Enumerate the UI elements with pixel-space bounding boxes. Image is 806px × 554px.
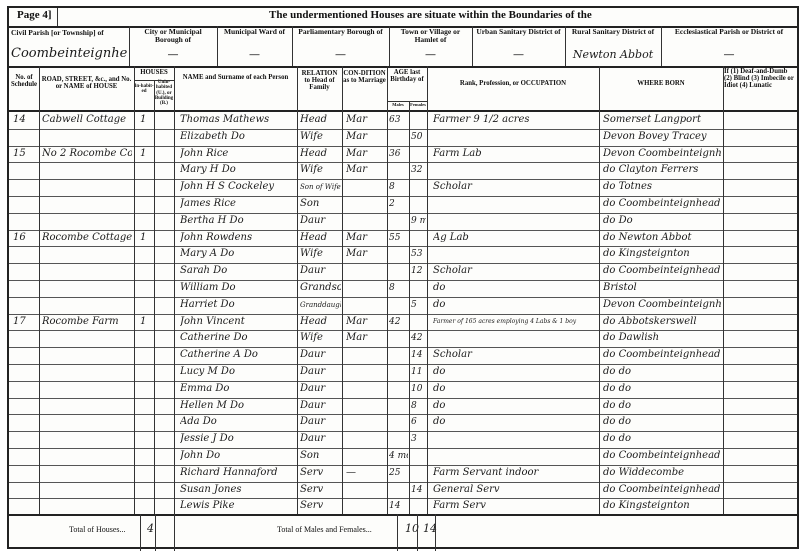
person-name: Sarah Do: [180, 263, 295, 280]
birthplace: do Widdecombe: [603, 465, 721, 482]
schedule-number: [13, 465, 37, 482]
birthplace: do Coombeinteignhead: [603, 263, 721, 280]
birthplace: do Coombeinteignhead: [603, 482, 721, 499]
person-name: Elizabeth Do: [180, 129, 295, 146]
relation: Head: [300, 314, 341, 331]
census-row: James RiceSon2do Coombeinteignhead: [9, 196, 797, 213]
occupation: Farmer 9 1/2 acres: [433, 112, 597, 129]
marital-condition: [346, 482, 386, 499]
inhabited-count: [140, 129, 154, 146]
schedule-number: [13, 263, 37, 280]
marital-condition: [346, 431, 386, 448]
schedule-number: [13, 162, 37, 179]
census-row: William DoGrandson8doBristol: [9, 280, 797, 297]
birthplace: do do: [603, 431, 721, 448]
marital-condition: Mar: [346, 330, 386, 347]
birthplace: do Totnes: [603, 179, 721, 196]
census-row: 17Rocombe Farm1John VincentHeadMar42Farm…: [9, 314, 797, 331]
house-name: [42, 246, 132, 263]
inhabited-count: 1: [140, 314, 154, 331]
male-age: 55: [389, 230, 408, 247]
birthplace: do Newton Abbot: [603, 230, 721, 247]
census-row: Ada DoDaur6dodo do: [9, 414, 797, 431]
boundary-value: —: [474, 48, 563, 61]
person-name: Thomas Mathews: [180, 112, 295, 129]
inhabited-count: [140, 347, 154, 364]
column-header-houses: HOUSES: [134, 69, 174, 76]
birthplace: do Dawlish: [603, 330, 721, 347]
marital-condition: Mar: [346, 162, 386, 179]
column-header-condition: CON-DITION as to Marriage: [343, 70, 386, 84]
schedule-number: 15: [13, 146, 37, 163]
occupation: [433, 129, 597, 146]
female-age: 5: [411, 297, 426, 314]
boundary-label: Civil Parish [or Township] of: [11, 29, 127, 37]
person-name: Catherine Do: [180, 330, 295, 347]
male-age: [389, 364, 408, 381]
inhabited-count: [140, 414, 154, 431]
occupation: [433, 431, 597, 448]
occupation: do: [433, 398, 597, 415]
male-age: 8: [389, 280, 408, 297]
marital-condition: [346, 448, 386, 465]
inhabited-count: [140, 330, 154, 347]
person-name: Lucy M Do: [180, 364, 295, 381]
occupation: Scholar: [433, 347, 597, 364]
schedule-number: [13, 498, 37, 515]
relation: Head: [300, 146, 341, 163]
marital-condition: [346, 196, 386, 213]
birthplace: do Abbotskerswell: [603, 314, 721, 331]
marital-condition: [346, 364, 386, 381]
marital-condition: Mar: [346, 314, 386, 331]
boundary-value: —: [219, 48, 290, 61]
person-name: John Rowdens: [180, 230, 295, 247]
relation: Serv: [300, 498, 341, 515]
female-age: [411, 448, 426, 465]
census-row: Mary A DoWifeMar53do Kingsteignton: [9, 246, 797, 263]
relation: Son: [300, 196, 341, 213]
birthplace: Bristol: [603, 280, 721, 297]
census-row: Richard HannafordServ—25Farm Servant ind…: [9, 465, 797, 482]
census-row: John DoSon4 modo Coombeinteignhead: [9, 448, 797, 465]
house-name: [42, 482, 132, 499]
female-age: 10: [411, 381, 426, 398]
birthplace: do Kingsteignton: [603, 246, 721, 263]
boundary-label: Rural Sanitary District of: [567, 28, 659, 36]
female-age: [411, 230, 426, 247]
male-age: [389, 398, 408, 415]
birthplace: Devon Bovey Tracey: [603, 129, 721, 146]
schedule-number: 17: [13, 314, 37, 331]
female-age: 32: [411, 162, 426, 179]
page-number: Page 4]: [17, 10, 52, 22]
relation: Son of Wife: [300, 179, 341, 196]
relation: Daur: [300, 263, 341, 280]
inhabited-count: [140, 179, 154, 196]
occupation: General Serv: [433, 482, 597, 499]
schedule-number: [13, 431, 37, 448]
male-age: [389, 381, 408, 398]
birthplace: do do: [603, 414, 721, 431]
census-row: 15No 2 Rocombe Cottage1John RiceHeadMar3…: [9, 146, 797, 163]
house-name: No 2 Rocombe Cottage: [42, 146, 132, 163]
relation: Wife: [300, 162, 341, 179]
female-age: 53: [411, 246, 426, 263]
schedule-number: [13, 414, 37, 431]
male-age: 4 mo: [389, 448, 408, 465]
inhabited-count: [140, 381, 154, 398]
birthplace: do do: [603, 381, 721, 398]
male-age: [389, 330, 408, 347]
relation: Daur: [300, 347, 341, 364]
birthplace: do Kingsteignton: [603, 498, 721, 515]
census-row: Sarah DoDaur12Scholardo Coombeinteignhea…: [9, 263, 797, 280]
marital-condition: Mar: [346, 129, 386, 146]
birthplace: do Do: [603, 213, 721, 230]
marital-condition: Mar: [346, 230, 386, 247]
boundary-label: Municipal Ward of: [219, 28, 290, 36]
relation: Wife: [300, 129, 341, 146]
male-age: 14: [389, 498, 408, 515]
relation: Granddaughter: [300, 297, 341, 314]
female-age: 12: [411, 263, 426, 280]
relation: Daur: [300, 431, 341, 448]
male-age: [389, 263, 408, 280]
inhabited-count: [140, 448, 154, 465]
birthplace: do do: [603, 398, 721, 415]
male-age: 36: [389, 146, 408, 163]
person-name: James Rice: [180, 196, 295, 213]
male-age: 2: [389, 196, 408, 213]
female-age: [411, 179, 426, 196]
marital-condition: Mar: [346, 246, 386, 263]
inhabited-count: 1: [140, 146, 154, 163]
house-name: Cabwell Cottage: [42, 112, 132, 129]
inhabited-count: [140, 196, 154, 213]
column-header-males: Males: [387, 103, 409, 108]
column-header-age: AGE last Birthday of: [387, 69, 427, 83]
relation: Head: [300, 230, 341, 247]
schedule-number: [13, 213, 37, 230]
person-name: Lewis Pike: [180, 498, 295, 515]
occupation: Farmer of 165 acres employing 4 Labs & 1…: [433, 314, 597, 331]
boundary-label: Urban Sanitary District of: [474, 28, 563, 36]
schedule-number: [13, 179, 37, 196]
inhabited-count: [140, 465, 154, 482]
inhabited-count: [140, 213, 154, 230]
inhabited-count: [140, 482, 154, 499]
total-houses-label: Total of Houses...: [69, 526, 126, 534]
occupation: Farm Servant indoor: [433, 465, 597, 482]
boundary-value: —: [294, 48, 387, 61]
occupation: do: [433, 297, 597, 314]
schedule-number: 16: [13, 230, 37, 247]
inhabited-count: 1: [140, 230, 154, 247]
male-age: 63: [389, 112, 408, 129]
occupation: Ag Lab: [433, 230, 597, 247]
person-name: John H S Cockeley: [180, 179, 295, 196]
marital-condition: [346, 381, 386, 398]
person-name: Jessie J Do: [180, 431, 295, 448]
boundary-value: Coombeinteignhead: [11, 46, 127, 61]
house-name: [42, 179, 132, 196]
marital-condition: [346, 398, 386, 415]
census-row: Bertha H DoDaur9 modo Do: [9, 213, 797, 230]
house-name: [42, 280, 132, 297]
census-page: Page 4] The undermentioned Houses are si…: [7, 6, 799, 549]
house-name: [42, 414, 132, 431]
house-name: [42, 381, 132, 398]
occupation: [433, 330, 597, 347]
house-name: [42, 330, 132, 347]
column-header-address: ROAD, STREET, &c., and No. or NAME of HO…: [40, 76, 133, 90]
schedule-number: [13, 196, 37, 213]
census-row: Catherine DoWifeMar42do Dawlish: [9, 330, 797, 347]
male-age: [389, 162, 408, 179]
census-row: Lewis PikeServ14Farm Servdo Kingsteignto…: [9, 498, 797, 515]
relation: Head: [300, 112, 341, 129]
marital-condition: Mar: [346, 146, 386, 163]
column-header-schedule: No. of Schedule: [10, 74, 38, 88]
census-row: Catherine A DoDaur14Scholardo Coombeinte…: [9, 347, 797, 364]
relation: Serv: [300, 465, 341, 482]
person-name: John Rice: [180, 146, 295, 163]
census-row: 16Rocombe Cottage1John RowdensHeadMar55A…: [9, 230, 797, 247]
schedule-number: 14: [13, 112, 37, 129]
occupation: do: [433, 381, 597, 398]
female-age: [411, 465, 426, 482]
birthplace: do do: [603, 364, 721, 381]
occupation: do: [433, 364, 597, 381]
male-age: 42: [389, 314, 408, 331]
birthplace: Somerset Langport: [603, 112, 721, 129]
person-name: Susan Jones: [180, 482, 295, 499]
schedule-number: [13, 246, 37, 263]
marital-condition: —: [346, 465, 386, 482]
male-age: 25: [389, 465, 408, 482]
house-name: [42, 213, 132, 230]
schedule-number: [13, 347, 37, 364]
occupation: do: [433, 280, 597, 297]
birthplace: do Coombeinteignhead: [603, 196, 721, 213]
census-row: Lucy M DoDaur11dodo do: [9, 364, 797, 381]
male-age: 8: [389, 179, 408, 196]
female-age: 50: [411, 129, 426, 146]
occupation: Scholar: [433, 263, 597, 280]
column-header-name: NAME and Surname of each Person: [175, 74, 296, 81]
female-age: [411, 146, 426, 163]
schedule-number: [13, 448, 37, 465]
marital-condition: [346, 263, 386, 280]
person-name: Richard Hannaford: [180, 465, 295, 482]
house-name: [42, 364, 132, 381]
relation: Daur: [300, 213, 341, 230]
marital-condition: [346, 347, 386, 364]
male-age: [389, 213, 408, 230]
house-name: [42, 129, 132, 146]
relation: Daur: [300, 381, 341, 398]
total-houses-value: 4: [147, 522, 154, 535]
person-name: Ada Do: [180, 414, 295, 431]
boundary-label: Parliamentary Borough of: [294, 28, 387, 36]
marital-condition: [346, 280, 386, 297]
inhabited-count: [140, 431, 154, 448]
female-age: [411, 112, 426, 129]
column-header-born: WHERE BORN: [600, 80, 722, 87]
person-name: John Do: [180, 448, 295, 465]
census-row: John H S CockeleySon of Wife8Scholardo T…: [9, 179, 797, 196]
schedule-number: [13, 381, 37, 398]
column-header-occupation: Rank, Profession, or OCCUPATION: [428, 80, 598, 87]
schedule-number: [13, 280, 37, 297]
census-row: Susan JonesServ14General Servdo Coombein…: [9, 482, 797, 499]
census-row: Jessie J DoDaur3do do: [9, 431, 797, 448]
female-age: [411, 498, 426, 515]
inhabited-count: [140, 364, 154, 381]
inhabited-count: [140, 398, 154, 415]
column-header-uninhabited: Unin-habited (U.), or Building (B.): [154, 80, 174, 106]
boundary-value: —: [131, 48, 215, 61]
schedule-number: [13, 129, 37, 146]
female-age: 6: [411, 414, 426, 431]
occupation: Scholar: [433, 179, 597, 196]
inhabited-count: 1: [140, 112, 154, 129]
relation: Wife: [300, 246, 341, 263]
census-row: Hellen M DoDaur8dodo do: [9, 398, 797, 415]
relation: Daur: [300, 414, 341, 431]
relation: Wife: [300, 330, 341, 347]
inhabited-count: [140, 498, 154, 515]
occupation: [433, 448, 597, 465]
house-name: [42, 263, 132, 280]
female-age: 3: [411, 431, 426, 448]
birthplace: Devon Coombeinteignhead: [603, 146, 721, 163]
house-name: Rocombe Farm: [42, 314, 132, 331]
census-row: Emma DoDaur10dodo do: [9, 381, 797, 398]
person-name: Hellen M Do: [180, 398, 295, 415]
occupation: Farm Lab: [433, 146, 597, 163]
column-header-relation: RELATION to Head of Family: [298, 70, 341, 91]
male-age: [389, 431, 408, 448]
boundary-value: —: [663, 48, 795, 61]
female-age: [411, 314, 426, 331]
schedule-number: [13, 330, 37, 347]
page-title: The undermentioned Houses are situate wi…: [269, 10, 592, 22]
male-age: [389, 414, 408, 431]
relation: Son: [300, 448, 341, 465]
occupation: [433, 246, 597, 263]
column-header-inhabited: In-habit-ed: [134, 84, 154, 95]
relation: Grandson: [300, 280, 341, 297]
male-age: [389, 482, 408, 499]
person-name: Mary H Do: [180, 162, 295, 179]
male-age: [389, 347, 408, 364]
marital-condition: [346, 179, 386, 196]
boundary-label: Ecclesiastical Parish or District of: [663, 28, 795, 36]
column-header-females: Females: [409, 103, 427, 108]
census-row: 14Cabwell Cottage1Thomas MathewsHeadMar6…: [9, 112, 797, 129]
female-age: 8: [411, 398, 426, 415]
column-header-infirmity: If (1) Deaf-and-Dumb (2) Blind (3) Imbec…: [724, 68, 796, 89]
boundary-label: City or Municipal Borough of: [131, 28, 215, 44]
census-row: Mary H DoWifeMar32do Clayton Ferrers: [9, 162, 797, 179]
birthplace: do Coombeinteignhead: [603, 347, 721, 364]
relation: Daur: [300, 398, 341, 415]
person-name: Harriet Do: [180, 297, 295, 314]
birthplace: do Clayton Ferrers: [603, 162, 721, 179]
male-age: [389, 129, 408, 146]
occupation: [433, 196, 597, 213]
occupation: Farm Serv: [433, 498, 597, 515]
birthplace: Devon Coombeinteignhead: [603, 297, 721, 314]
total-persons-label: Total of Males and Females...: [277, 526, 372, 534]
inhabited-count: [140, 246, 154, 263]
house-name: [42, 498, 132, 515]
marital-condition: [346, 498, 386, 515]
census-row: Harriet DoGranddaughter5doDevon Coombein…: [9, 297, 797, 314]
marital-condition: [346, 213, 386, 230]
house-name: [42, 347, 132, 364]
relation: Daur: [300, 364, 341, 381]
birthplace: do Coombeinteignhead: [603, 448, 721, 465]
inhabited-count: [140, 297, 154, 314]
boundary-value: —: [391, 48, 470, 61]
person-name: Catherine A Do: [180, 347, 295, 364]
person-name: William Do: [180, 280, 295, 297]
house-name: Rocombe Cottage: [42, 230, 132, 247]
house-name: [42, 196, 132, 213]
female-age: [411, 280, 426, 297]
occupation: [433, 162, 597, 179]
schedule-number: [13, 482, 37, 499]
marital-condition: Mar: [346, 112, 386, 129]
female-age: 9 mo: [411, 213, 426, 230]
schedule-number: [13, 398, 37, 415]
schedule-number: [13, 364, 37, 381]
female-age: 14: [411, 347, 426, 364]
inhabited-count: [140, 263, 154, 280]
boundary-label: Town or Village or Hamlet of: [391, 28, 470, 44]
male-age: [389, 297, 408, 314]
male-age: [389, 246, 408, 263]
house-name: [42, 398, 132, 415]
person-name: Mary A Do: [180, 246, 295, 263]
occupation: [433, 213, 597, 230]
schedule-number: [13, 297, 37, 314]
house-name: [42, 448, 132, 465]
person-name: Emma Do: [180, 381, 295, 398]
house-name: [42, 431, 132, 448]
house-name: [42, 297, 132, 314]
inhabited-count: [140, 280, 154, 297]
female-age: 42: [411, 330, 426, 347]
census-row: Elizabeth DoWifeMar50Devon Bovey Tracey: [9, 129, 797, 146]
boundary-value: Newton Abbot: [567, 48, 659, 61]
relation: Serv: [300, 482, 341, 499]
female-age: [411, 196, 426, 213]
house-name: [42, 162, 132, 179]
person-name: Bertha H Do: [180, 213, 295, 230]
occupation: do: [433, 414, 597, 431]
marital-condition: [346, 414, 386, 431]
marital-condition: [346, 297, 386, 314]
female-age: 14: [411, 482, 426, 499]
inhabited-count: [140, 162, 154, 179]
person-name: John Vincent: [180, 314, 295, 331]
house-name: [42, 465, 132, 482]
female-age: 11: [411, 364, 426, 381]
